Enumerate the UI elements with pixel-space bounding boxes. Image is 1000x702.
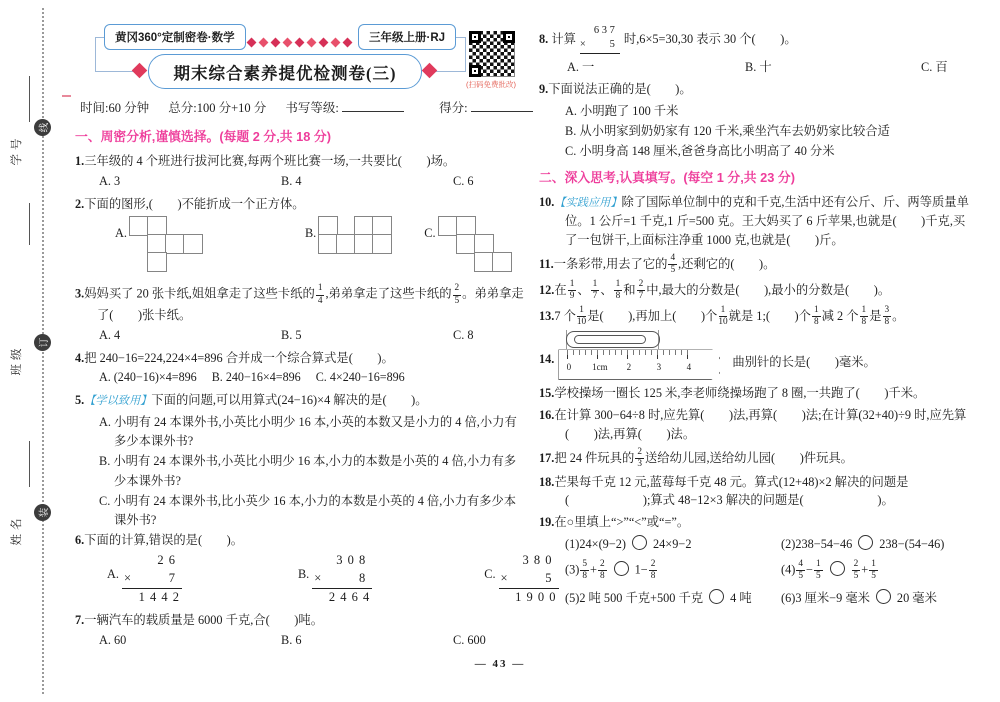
class-label: 班级 (8, 338, 24, 382)
question-text: 中,最大的分数是( ),最小的分数是( )。 (646, 283, 890, 297)
paper-content: 黄冈360°定制密卷·数学 三年级上册·RJ 期末综合素养提优检测卷(三) (扫… (68, 10, 980, 696)
exam-info-line: 时间:60 分钟 总分:100 分+10 分 书写等级: 得分: (80, 98, 533, 116)
question-3: 3.妈妈买了 20 张卡纸,姐姐拿走了这些卡纸的14,弟弟拿走了这些卡纸的25。… (75, 284, 527, 324)
question-number: 15. (539, 386, 554, 400)
paperclip-drawing (566, 331, 660, 348)
multiplicand: 6 3 7 (580, 24, 620, 38)
net-option-label: B. (305, 216, 316, 278)
product: 2 4 6 4 (312, 589, 372, 607)
question-12: 12.在19、17、18和27中,最大的分数是( ),最小的分数是( )。 (539, 279, 971, 302)
question-text: ,还剩它的( )。 (678, 257, 775, 271)
question-text: 一辆汽车的载质量是 6000 千克,合( )吨。 (84, 613, 323, 627)
multiplicand: 2 6 (122, 552, 182, 570)
multiply-sign: × (124, 570, 132, 588)
question-3-options: A. 4 B. 5 C. 8 (75, 328, 527, 343)
ruler-number: 1cm (592, 362, 608, 372)
question-6-figures: A. 2 6 ×7 1 4 4 2 B. 3 0 8 ×8 2 4 6 4 (75, 552, 527, 607)
net-cell (474, 252, 494, 272)
question-4-options: A. (240−16)×4=896 B. 240−16×4=896 C. 4×2… (75, 370, 527, 385)
section-1-header: 一、周密分析,谨慎选择。(每题 2 分,共 18 分) (75, 126, 527, 145)
cube-net: A. (115, 216, 205, 278)
comparison-item: (5)2 吨 500 千克+500 千克4 吨 (565, 589, 781, 607)
comparison-item: (4)45−1525+15 (781, 560, 879, 582)
fraction: 38 (883, 306, 892, 328)
net-cell (318, 234, 338, 254)
question-text: (2)238−54−46 (781, 537, 852, 551)
option-label: A. (107, 552, 119, 607)
comparison-item: (2)238−54−46238−(54−46) (781, 535, 944, 553)
fraction: 58 (580, 560, 589, 582)
question-14: 14. 01cm234 曲别针的长是( )毫米。 (539, 330, 971, 380)
page-number: — 43 — (455, 658, 545, 670)
binding-dotted-line (42, 8, 44, 694)
question-number: 1. (75, 154, 84, 168)
question-19: 19.在○里填上“>”“<”或“=”。 (539, 513, 971, 532)
net-cell (474, 234, 494, 254)
ruler-number: 4 (687, 362, 692, 372)
net-cell (336, 234, 356, 254)
fraction: 45 (796, 560, 805, 582)
question-tag: 【学以致用】 (84, 395, 151, 407)
option-a: A. (240−16)×4=896 (99, 370, 197, 385)
net-cell (372, 216, 392, 236)
question-text: 把 24 件玩具的 (554, 451, 634, 465)
net-cell (129, 216, 149, 236)
binding-badge-ding: 订 (34, 334, 51, 351)
question-text: + (590, 563, 597, 577)
question-number: 5. (75, 393, 84, 407)
net-cell (456, 216, 476, 236)
option-b: B. 4 (281, 174, 453, 189)
question-9: 9.下面说法正确的是( )。 (539, 80, 971, 99)
question-19-row-2: (3)58+281−28 (4)45−1525+15 (539, 560, 971, 582)
question-text: (1)24×(9−2) (565, 537, 626, 551)
writing-grade-blank (342, 99, 404, 112)
fraction: 110 (577, 306, 586, 328)
net-cell (492, 252, 512, 272)
option-c: C. 600 (453, 633, 486, 648)
option-c: C. 4×240−16=896 (316, 370, 405, 385)
qr-caption: (扫码免费批改) (453, 79, 529, 90)
question-8-options: A. 一 B. 十 C. 百 (539, 57, 971, 75)
net-cell (372, 234, 392, 254)
question-tag: 【实践应用】 (554, 197, 621, 209)
cube-net: C. (424, 216, 513, 278)
question-10: 10.【实践应用】除了国际单位制中的克和千克,生活中还有公斤、斤、两等质量单位。… (539, 193, 971, 249)
paper-title: 期末综合素养提优检测卷(三) (148, 54, 422, 89)
comparison-circle (632, 535, 647, 550)
question-1: 1.三年级的 4 个班进行拔河比赛,每两个班比赛一场,一共要比( )场。 (75, 152, 527, 171)
question-text: − (806, 563, 813, 577)
question-13: 13.7 个110是( ),再加上( )个110就是 1;( )个18减 2 个… (539, 305, 971, 328)
product: 1 4 4 2 (122, 589, 182, 607)
grade-banner: 三年级上册·RJ (358, 24, 456, 50)
vertical-multiplication-a: A. 2 6 ×7 1 4 4 2 (107, 552, 182, 607)
question-text: (5)2 吨 500 千克+500 千克 (565, 591, 703, 605)
question-number: 4. (75, 351, 84, 365)
comparison-item: (6)3 厘米−9 毫米20 毫米 (781, 589, 937, 607)
net-cell (456, 234, 476, 254)
question-text: 在 (554, 283, 566, 297)
fraction: 15 (814, 560, 823, 582)
question-text: (3) (565, 563, 579, 577)
exam-paper-page: 线 订 装 学号 班级 姓名 黄冈360°定制密卷·数学 三年级上册·RJ 期末… (0, 0, 1000, 702)
question-text: 妈妈买了 20 张卡纸,姐姐拿走了这些卡纸的 (84, 287, 315, 301)
connector-line (456, 37, 466, 38)
student-id-label: 学号 (8, 128, 24, 172)
student-id-write-line (29, 76, 30, 122)
option-a: A. 60 (99, 633, 281, 648)
cube-net: B. (305, 216, 394, 278)
question-text: 在○里填上“>”“<”或“=”。 (554, 515, 689, 529)
question-text: 4 吨 (730, 591, 752, 605)
question-text: 芒果每千克 12 元,蓝莓每千克 48 元。算式(12+48)×2 解决的问题是… (554, 475, 908, 508)
question-text: 238−(54−46) (879, 537, 944, 551)
question-text: 除了国际单位制中的克和千克,生活中还有公斤、斤、两等质量单位。1 公斤=1 千克… (565, 195, 969, 247)
question-19-row-3: (5)2 吨 500 千克+500 千克4 吨 (6)3 厘米−9 毫米20 毫… (539, 589, 971, 607)
question-number: 10. (539, 195, 554, 209)
fraction: 45 (668, 254, 677, 276)
question-7-options: A. 60 B. 6 C. 600 (75, 633, 527, 648)
fraction: 25 (852, 560, 861, 582)
option-b: B. 6 (281, 633, 453, 648)
binding-badge-zhuang: 装 (34, 504, 51, 521)
question-16: 16.在计算 300−64÷8 时,应先算( )法,再算( )法;在计算(32+… (539, 406, 971, 443)
question-number: 13. (539, 309, 554, 323)
multiplier: 8 (359, 570, 366, 588)
question-text: + (861, 563, 868, 577)
qr-code (468, 30, 516, 78)
fraction: 18 (812, 306, 821, 328)
option-b: B. 5 (281, 328, 453, 343)
class-write-line (29, 203, 30, 245)
fraction: 15 (869, 560, 878, 582)
question-text: 时,6×5=30,30 表示 30 个( )。 (624, 30, 797, 49)
net-cell (165, 234, 185, 254)
option-b: B. 240−16×4=896 (212, 370, 301, 385)
option-label: C. (484, 552, 495, 607)
diamond-decoration-row (248, 39, 351, 46)
net-option-label: C. (424, 216, 435, 278)
title-diamond-left (132, 63, 148, 79)
question-text: 。 (892, 309, 904, 323)
ruler-number: 0 (567, 362, 572, 372)
question-text: 下面的问题,可以用算式(24−16)×4 解决的是( )。 (151, 393, 427, 407)
question-text: 和 (623, 283, 635, 297)
fraction: 23 (635, 448, 644, 470)
question-2: 2.下面的图形,( )不能折成一个正方体。 (75, 195, 527, 214)
name-write-line (29, 441, 30, 487)
question-text: (4) (781, 563, 795, 577)
comparison-circle (830, 561, 845, 576)
fraction: 110 (718, 306, 727, 328)
question-text: 把 240−16=224,224×4=896 合并成一个综合算式是( )。 (84, 351, 394, 365)
info-writing-grade: 书写等级: (285, 101, 338, 115)
question-18: 18.芒果每千克 12 元,蓝莓每千克 48 元。算式(12+48)×2 解决的… (539, 473, 971, 510)
question-number: 2. (75, 197, 84, 211)
net-grid (438, 216, 514, 274)
question-number: 14. (539, 330, 554, 380)
binding-badge-xian: 线 (34, 119, 51, 136)
series-banner: 黄冈360°定制密卷·数学 (104, 24, 246, 50)
option-c: C. 百 (921, 57, 948, 75)
comparison-circle (614, 561, 629, 576)
question-5-option-c: C. 小明有 24 本课外书,比小英少 16 本,小力的本数是小英的 4 倍,小… (75, 492, 527, 530)
net-option-label: A. (115, 216, 127, 278)
fraction: 25 (453, 284, 462, 306)
fraction: 28 (649, 560, 658, 582)
question-text: 24×9−2 (653, 537, 691, 551)
question-text: 减 2 个 (822, 309, 859, 323)
question-number: 3. (75, 287, 84, 301)
ruler-number: 2 (627, 362, 632, 372)
question-text: (6)3 厘米−9 毫米 (781, 591, 870, 605)
connector-line (95, 37, 96, 71)
question-5: 5.【学以致用】下面的问题,可以用算式(24−16)×4 解决的是( )。 (75, 391, 527, 410)
option-a: A. 3 (99, 174, 281, 189)
net-cell (183, 234, 203, 254)
multiply-sign: × (580, 38, 586, 52)
fraction: 28 (598, 560, 607, 582)
option-label: B. (298, 552, 309, 607)
question-number: 8. (539, 30, 548, 49)
question-text: 是( ),再加上( )个 (587, 309, 717, 323)
question-5-option-b: B. 小明有 24 本课外书,小英比小明少 16 本,小力的本数是小英的 4 倍… (75, 452, 527, 490)
fraction: 18 (614, 280, 623, 302)
multiply-sign: × (501, 570, 509, 588)
comparison-circle (876, 589, 891, 604)
info-time: 时间:60 分钟 (80, 101, 149, 115)
comparison-item: (1)24×(9−2)24×9−2 (565, 535, 781, 553)
question-1-options: A. 3 B. 4 C. 6 (75, 174, 527, 189)
paperclip-ruler-figure: 01cm234 (554, 330, 726, 380)
net-cell (354, 234, 374, 254)
multiplier: 7 (169, 570, 176, 588)
question-text: 1− (635, 563, 648, 577)
question-text: 曲别针的长是( )毫米。 (732, 330, 875, 380)
question-number: 19. (539, 515, 554, 529)
question-text: 20 毫米 (897, 591, 937, 605)
ruler-drawing: 01cm234 (558, 349, 720, 380)
question-number: 17. (539, 451, 554, 465)
fraction: 27 (637, 280, 646, 302)
comparison-circle (709, 589, 724, 604)
question-text: 、 (577, 283, 589, 297)
connector-line (465, 37, 466, 71)
question-number: 7. (75, 613, 84, 627)
net-cell (354, 216, 374, 236)
fraction: 18 (860, 306, 869, 328)
fraction: 17 (591, 280, 600, 302)
question-9-option-b: B. 从小明家到奶奶家有 120 千米,乘坐汽车去奶奶家比较合适 (539, 122, 971, 141)
question-text: 学校操场一圈长 125 米,李老师绕操场跑了 8 圈,一共跑了( )千米。 (554, 386, 925, 400)
connector-line (432, 71, 466, 72)
question-4: 4.把 240−16=224,224×4=896 合并成一个综合算式是( )。 (75, 349, 527, 368)
question-text: 下面的图形,( )不能折成一个正方体。 (84, 197, 304, 211)
info-total: 总分:100 分+10 分 (168, 101, 266, 115)
question-text: 一条彩带,用去了它的 (554, 257, 668, 271)
right-column: 8. 计算 6 3 7 ×5 时,6×5=30,30 表示 30 个( )。 A… (539, 24, 971, 614)
multiplicand: 3 0 8 (312, 552, 372, 570)
question-text: 三年级的 4 个班进行拔河比赛,每两个班比赛一场,一共要比( )场。 (84, 154, 455, 168)
question-text: 就是 1;( )个 (729, 309, 811, 323)
question-number: 18. (539, 475, 554, 489)
title-diamond-right (422, 63, 438, 79)
net-cell (318, 216, 338, 236)
net-grid (129, 216, 205, 274)
question-number: 16. (539, 408, 554, 422)
section-2-header: 二、深入思考,认真填写。(每空 1 分,共 23 分) (539, 167, 971, 186)
question-text: 在计算 300−64÷8 时,应先算( )法,再算( )法;在计算(32+40)… (554, 408, 966, 441)
net-cell (147, 234, 167, 254)
question-11: 11.一条彩带,用去了它的45,还剩它的( )。 (539, 253, 971, 276)
option-c: C. 8 (453, 328, 474, 343)
question-text: 7 个 (554, 309, 576, 323)
question-7: 7.一辆汽车的载质量是 6000 千克,合( )吨。 (75, 611, 527, 630)
comparison-item: (3)58+281−28 (565, 560, 781, 582)
multiplier: 5 (610, 38, 615, 52)
fraction: 19 (568, 280, 577, 302)
vertical-multiplication-637x5: 6 3 7 ×5 (580, 24, 620, 54)
vertical-multiplication-b: B. 3 0 8 ×8 2 4 6 4 (298, 552, 372, 607)
question-number: 12. (539, 283, 554, 297)
cube-net-figures: A.B.C. (75, 216, 527, 278)
question-15: 15.学校操场一圈长 125 米,李老师绕操场跑了 8 圈,一共跑了( )千米。 (539, 384, 971, 403)
name-label: 姓名 (8, 508, 24, 552)
info-score: 得分: (439, 101, 467, 115)
question-text: 下面的计算,错误的是( )。 (84, 533, 243, 547)
question-number: 9. (539, 82, 548, 96)
question-5-option-a: A. 小明有 24 本课外书,小英比小明少 16 本,小英的本数又是小力的 4 … (75, 413, 527, 451)
question-text: 下面说法正确的是( )。 (548, 82, 691, 96)
left-column: 一、周密分析,谨慎选择。(每题 2 分,共 18 分) 1.三年级的 4 个班进… (75, 124, 527, 654)
question-text: 是 (869, 309, 881, 323)
multiply-sign: × (314, 570, 322, 588)
question-19-row-1: (1)24×(9−2)24×9−2 (2)238−54−46238−(54−46… (539, 535, 971, 553)
option-a: A. 4 (99, 328, 281, 343)
net-cell (147, 216, 167, 236)
score-blank (471, 99, 533, 112)
question-9-option-c: C. 小明身高 148 厘米,爸爸身高比小明高了 40 分米 (539, 142, 971, 161)
option-a: A. 一 (567, 57, 745, 75)
question-number: 6. (75, 533, 84, 547)
net-cell (438, 216, 458, 236)
net-grid (318, 216, 394, 274)
question-text: ,弟弟拿走了这些卡纸的 (325, 287, 451, 301)
option-b: B. 十 (745, 57, 921, 75)
net-cell (147, 252, 167, 272)
question-number: 11. (539, 257, 554, 271)
question-text: 、 (600, 283, 612, 297)
ruler-number: 3 (657, 362, 662, 372)
question-6: 6.下面的计算,错误的是( )。 (75, 531, 527, 550)
question-text: 计算 (551, 30, 576, 49)
question-17: 17.把 24 件玩具的23送给幼儿园,送给幼儿园( )件玩具。 (539, 447, 971, 470)
question-8: 8. 计算 6 3 7 ×5 时,6×5=30,30 表示 30 个( )。 (539, 24, 971, 54)
question-9-option-a: A. 小明跑了 100 千米 (539, 102, 971, 121)
question-text: 送给幼儿园,送给幼儿园( )件玩具。 (645, 451, 853, 465)
fraction: 14 (316, 284, 325, 306)
option-c: C. 6 (453, 174, 474, 189)
comparison-circle (858, 535, 873, 550)
